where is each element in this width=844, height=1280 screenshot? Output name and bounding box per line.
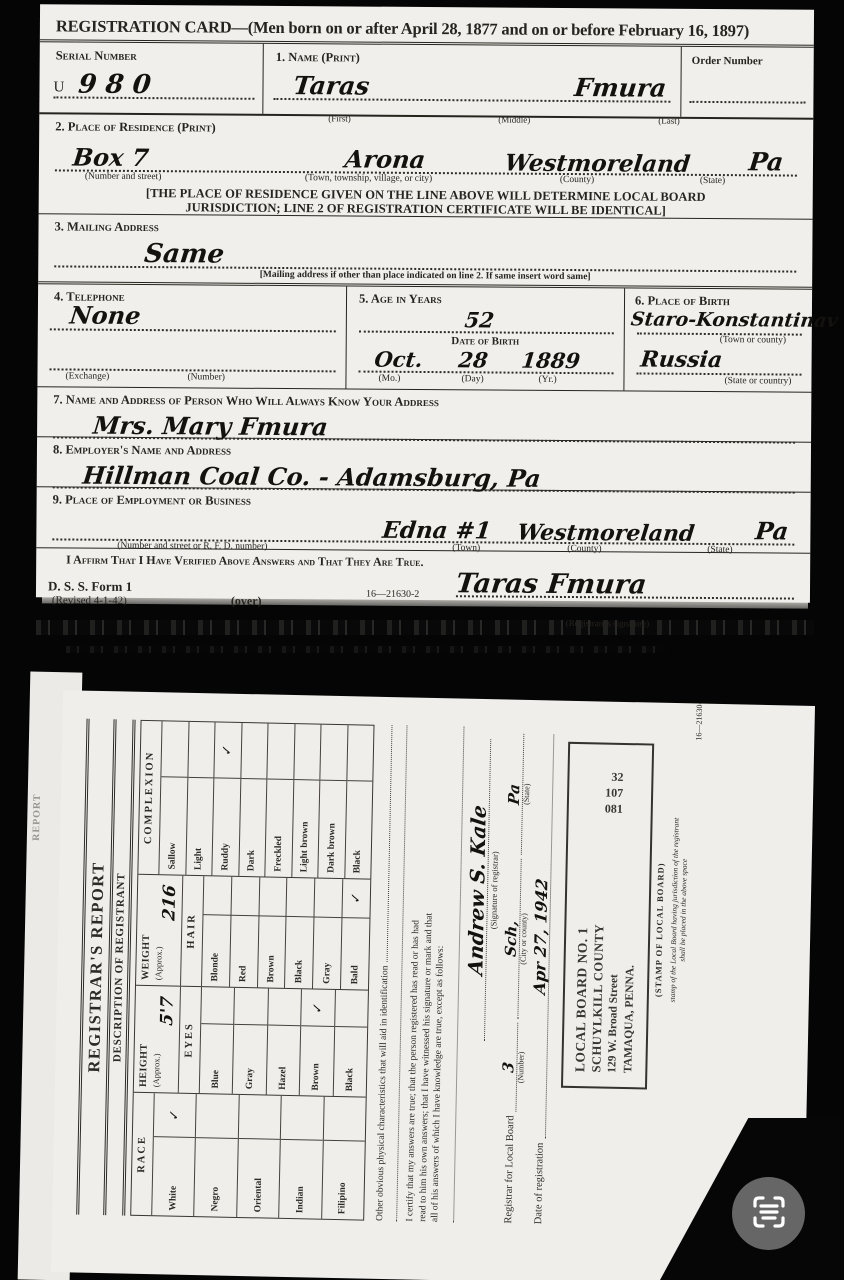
board-state-sublabel: (State) [520,734,532,855]
hair-header: HAIR [181,876,204,986]
stamp-side-note: stamp of the Local Board having jurisdic… [666,750,692,1070]
birthplace-field: 6. Place of Birth Staro-Konstantinav (To… [624,288,812,391]
eyes-row-black: Black [333,990,368,1097]
eyes-hazel-label: Hazel [267,1025,301,1095]
serial-name-order-row: Serial Number U 980 1. Name (Print) Tara… [39,39,814,119]
hair-bald-label: Bald [341,917,369,990]
eyes-brown-check: ✓ [310,1001,325,1014]
characteristics-line [378,725,393,962]
certification-paragraph: I certify that my answers are true; that… [404,726,452,1223]
sub-number-street: (Number and street) [85,172,162,183]
hair-row-bald: Bald✓ [341,879,370,990]
residence-line: Box 7 Arona Westmoreland Pa [55,136,797,176]
description-table: RACE White✓ Negro Oriental Indian Filipi… [130,720,374,1221]
stamp-number-2: 107 [578,784,622,801]
front-footer: D. S. S. Form 1 (Revised 4-1-42) (over) … [36,574,810,625]
telephone-age-birth-row: 4. Telephone None (Exchange) (Number) 5.… [37,281,812,392]
serial-number-label: Serial Number [56,48,137,63]
complexion-row-black: Black [345,725,374,879]
board-state-segment: Pa(State) [506,734,524,855]
eyes-blue-label: Blue [200,1024,234,1094]
contact-value: Mrs. Mary Fmura [92,411,330,442]
sub-exchange: (Exchange) [65,371,109,381]
scanned-document-viewer: { "front": { "header": "REGISTRATION CAR… [0,0,844,1280]
back-print-code: 16—21630-2 [694,703,704,740]
name-last-value: Fmura [573,76,667,101]
scan-edge-noise-2 [66,646,666,653]
eyes-gray-label: Gray [233,1024,267,1094]
cx-dark-label: Dark [239,778,267,876]
birthplace-country: Russia [639,347,724,374]
cx-freckled-label: Freckled [265,779,293,877]
card-title: REGISTRATION CARD—(Men born on or after … [40,4,814,44]
registration-card-back: REGISTRAR'S REPORT DESCRIPTION OF REGIST… [51,690,815,1280]
complexion-row-sallow: Sallow [159,721,189,875]
cx-ruddy-check: ✓ [220,744,235,757]
registration-date-row: Date of registration Apr 27, 1942 [528,734,554,1224]
hair-bald-check: ✓ [349,892,364,905]
race-row-filipino: Filipino [322,1097,366,1220]
scan-text-button[interactable] [732,1177,805,1250]
cx-sallow-label: Sallow [159,776,187,874]
stamp-number-3: 081 [578,800,622,817]
weight-hair-column: WEIGHT (Approx.) 216 HAIR Blonde Red Bro… [136,874,370,990]
name-sublabels: (First) (Middle) (Last) [273,113,670,116]
mailing-section: 3. Mailing Address Same [Mailing address… [38,214,812,286]
residence-town: Arona [343,144,427,174]
complexion-row-light-brown: Light brown [292,724,322,878]
complexion-column: COMPLEXION Sallow Light Ruddy✓ Dark Frec… [138,721,373,879]
registrant-signature-line: Taras Fmura [456,595,794,599]
sub-mo: (Mo.) [378,374,400,384]
employment-section: 9. Place of Employment or Business Edna … [36,487,810,553]
eyes-row-hazel: Hazel [267,989,303,1096]
local-board-row: Registrar for Local Board 3(Number) Sch,… [499,734,524,1224]
height-value: 5'7 [157,995,178,1026]
registration-card-front: REGISTRATION CARD—(Men born on or after … [36,4,814,602]
telephone-value: None [68,301,142,330]
order-number-field: Order Number [681,47,813,118]
eyes-row-brown: Brown✓ [300,989,336,1096]
board-city-sublabel: (City or county) [517,858,529,1019]
serial-number-line: U 980 [53,72,254,99]
registrars-report: REGISTRAR'S REPORT DESCRIPTION OF REGIST… [51,690,815,1280]
mailing-value: Same [143,239,226,270]
race-header: RACE [131,1093,155,1215]
form-revision: (Revised 4-1-42) [52,594,127,607]
employer-label: 8. Employer's Name and Address [53,442,231,457]
race-row-white: White✓ [152,1093,197,1216]
age-dob-field: 5. Age in Years 52 Date of Birth Oct. 28… [346,286,625,390]
sub-town: (Town, township, village, or city) [305,173,432,184]
dob-year: 1889 [520,348,581,373]
registrar-signature: Andrew S. Kale [463,803,490,976]
height-cell: HEIGHT (Approx.) 5'7 [134,986,181,1093]
cx-light-brown-label: Light brown [292,779,320,877]
registrant-signature: Taras Fmura [454,568,648,600]
race-filipino-label: Filipino [322,1140,365,1220]
eyes-row-gray: Gray [233,988,269,1095]
race-column: RACE White✓ Negro Oriental Indian Filipi… [131,1092,366,1220]
residence-street: Box 7 [71,143,150,173]
weight-value: 216 [159,884,180,922]
hair-row-red: Red [230,877,260,988]
employment-line: Edna #1 Westmoreland Pa [52,508,794,545]
complexion-row-dark: Dark [239,723,269,877]
cx-light-label: Light [186,777,214,875]
employer-section: 8. Employer's Name and Address Hillman C… [37,437,811,492]
hair-row-brown: Brown [258,877,288,988]
order-number-line [689,101,805,104]
race-white-label: White [152,1136,195,1216]
stamp-number-1: 32 [579,768,623,785]
order-number-label: Order Number [692,55,763,67]
hair-blonde-label: Blonde [202,914,230,987]
weight-header: WEIGHT [140,934,152,980]
race-negro-label: Negro [195,1137,238,1217]
hair-brown-label: Brown [258,915,286,988]
birthplace-town: Staro-Konstantinav [630,308,839,331]
sub-county: (County) [560,175,594,185]
name-field: 1. Name (Print) Taras Fmura (First) (Mid… [263,44,681,117]
race-row-indian: Indian [279,1096,324,1219]
residence-label: 2. Place of Residence (Print) [55,119,216,134]
race-row-negro: Negro [195,1094,240,1217]
name-label: 1. Name (Print) [276,50,360,65]
local-board-stamp: LOCAL BOARD NO. 1 SCHUYLKILL COUNTY 129 … [560,742,653,1090]
mailing-label: 3. Mailing Address [54,219,158,234]
hair-gray-label: Gray [313,917,341,990]
age-line [359,331,614,335]
complexion-row-freckled: Freckled [265,723,295,877]
eyes-row-blue: Blue [200,987,236,1094]
underlying-page-fragment: REPORT [31,793,43,841]
serial-number-field: Serial Number U 980 [39,42,263,114]
registrant-signature-sublabel: (Registrant's signature) [566,618,649,629]
birthplace-country-sublabel: (State or country) [724,376,791,386]
birthplace-country-line [637,372,802,375]
characteristics-label: Other obvious physical characteristics t… [375,966,390,1222]
serial-value: 980 [77,73,161,98]
sub-day: (Day) [461,374,483,384]
eyes-brown-label: Brown [300,1026,334,1096]
height-header: HEIGHT [138,1043,150,1087]
employment-state: Pa [754,516,790,545]
board-state-value: Pa [507,783,520,805]
date-segment: Apr 27, 1942 [529,734,553,1139]
hair-row-black: Black [285,878,315,989]
board-city-value: Sch, [504,920,518,958]
board-number-segment: 3(Number) [501,1023,518,1112]
hair-row-gray: Gray [313,879,343,990]
age-label: 5. Age in Years [359,292,442,307]
form-number: D. S. S. Form 1 [48,578,132,595]
eyes-header: EYES [179,987,202,1093]
race-white-check: ✓ [167,1109,182,1122]
complexion-row-light: Light [186,722,216,876]
employment-label: 9. Place of Employment or Business [53,492,251,507]
board-number-value: 3 [502,1061,515,1073]
over-note: (over) [231,594,262,609]
race-oriental-label: Oriental [237,1138,280,1218]
cx-dark-brown-label: Dark brown [318,780,346,878]
board-label: Registrar for Local Board [503,1115,516,1223]
age-value: 52 [463,307,495,332]
date-value: Apr 27, 1942 [532,878,547,995]
date-label: Date of registration [533,1143,546,1225]
residence-county: Westmoreland [503,150,691,178]
stamp-numbers: 32 107 081 [578,768,623,817]
weight-sublabel: (Approx.) [153,946,164,980]
name-line: Taras Fmura [273,74,670,103]
complexion-row-dark-brown: Dark brown [318,725,348,879]
cx-ruddy-label: Ruddy [212,778,240,876]
telephone-field: 4. Telephone None (Exchange) (Number) [37,284,347,388]
name-first-value: Taras [292,74,371,99]
hair-black-label: Black [285,916,313,989]
weight-cell: WEIGHT (Approx.) 216 [136,875,183,986]
eyes-black-label: Black [333,1026,367,1096]
contact-label: 7. Name and Address of Person Who Will A… [53,392,439,409]
complexion-row-ruddy: Ruddy✓ [212,722,242,876]
scan-text-icon [749,1192,789,1235]
telephone-line [50,328,336,332]
residence-state: Pa [747,147,785,176]
sub-state: (State) [700,176,725,186]
height-eyes-column: HEIGHT (Approx.) 5'7 EYES Blue Gray Haze… [134,985,368,1097]
cx-black-label: Black [345,780,373,878]
print-code: 16—21630-2 [366,589,419,600]
hair-red-label: Red [230,915,258,988]
employment-town: Edna #1 [381,517,493,545]
stamp-caption: (STAMP OF LOCAL BOARD) [650,770,667,1090]
race-indian-label: Indian [279,1139,322,1219]
height-sublabel: (Approx.) [151,1053,162,1087]
race-row-oriental: Oriental [237,1095,282,1218]
hair-row-blonde: Blonde [202,876,232,987]
birthplace-label: 6. Place of Birth [635,293,730,308]
sub-yr: (Yr.) [538,375,556,385]
board-number-sublabel: (Number) [515,1023,526,1112]
mailing-line: Same [54,235,796,272]
registrar-signature-block: Andrew S. Kale (Signature of registrar) [461,739,501,1042]
serial-prefix: U [53,79,64,96]
residence-section: 2. Place of Residence (Print) Box 7 Aron… [39,114,814,219]
dob-month: Oct. [373,347,424,372]
sub-number: (Number) [187,372,225,382]
contact-section: 7. Name and Address of Person Who Will A… [37,387,811,442]
jurisdiction-notice: [THE PLACE OF RESIDENCE GIVEN ON THE LIN… [55,185,797,218]
employment-county: Westmoreland [516,520,696,547]
birthplace-town-sublabel: (Town or county) [720,335,786,345]
board-city-segment: Sch,(City or county) [503,858,521,1019]
dob-day: 28 [457,347,489,372]
characteristics-row: Other obvious physical characteristics t… [372,725,395,1221]
